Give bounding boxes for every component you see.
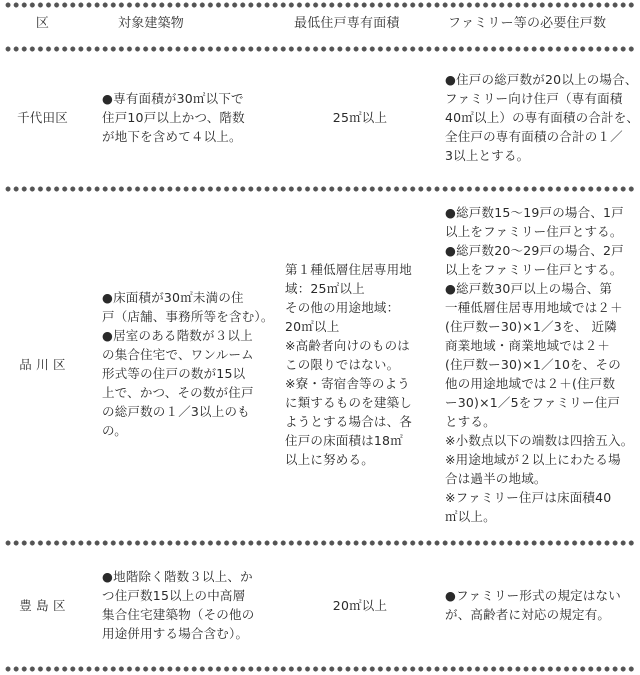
min-area: 20㎡以上 (285, 546, 435, 664)
min-area: 25㎡以上 (285, 52, 435, 182)
header-family: ファミリー等の必要住戸数 (448, 14, 638, 33)
target-building: ●専有面積が30㎡以下で 住戸10戸以上かつ、階数 が地下を含めて４以上。 (102, 52, 270, 182)
target-building: ●床面積が30㎡未満の住 戸（店舗、事務所等を含む）。 ●居室のある階数が３以上… (102, 192, 270, 536)
family-requirement: ●住戸の総戸数が20以上の場合、 ファミリー向け住戸（専有面積 40㎡以上）の専… (445, 52, 637, 182)
dotted-divider (4, 2, 636, 8)
table-row: 豊 島 区 ●地階除く階数３以上、か つ住戸数15以上の中高層 集合住宅建築物（… (0, 546, 640, 664)
table-row: 品 川 区 ●床面積が30㎡未満の住 戸（店舗、事務所等を含む）。 ●居室のある… (0, 192, 640, 536)
table-header: 区 対象建築物 最低住戸専有面積 ファミリー等の必要住戸数 (0, 14, 640, 44)
ward-name: 品 川 区 (0, 192, 85, 536)
ward-name: 千代田区 (0, 52, 85, 182)
header-min-area: 最低住戸専有面積 (294, 14, 434, 33)
table-row: 千代田区 ●専有面積が30㎡以下で 住戸10戸以上かつ、階数 が地下を含めて４以… (0, 52, 640, 182)
family-requirement: ●ファミリー形式の規定はない が、高齢者に対応の規定有。 (445, 546, 637, 664)
header-target: 対象建築物 (118, 14, 238, 33)
ward-name: 豊 島 区 (0, 546, 85, 664)
dotted-divider (4, 666, 636, 672)
min-area: 第１種低層住居専用地 域：25㎡以上 その他の用途地域： 20㎡以上 ※高齢者向… (285, 192, 435, 536)
header-ward: 区 (0, 14, 85, 33)
target-building: ●地階除く階数３以上、か つ住戸数15以上の中高層 集合住宅建築物（その他の 用… (102, 546, 270, 664)
family-requirement: ●総戸数15～19戸の場合、1戸 以上をファミリー住戸とする。 ●総戸数20～2… (445, 192, 637, 536)
